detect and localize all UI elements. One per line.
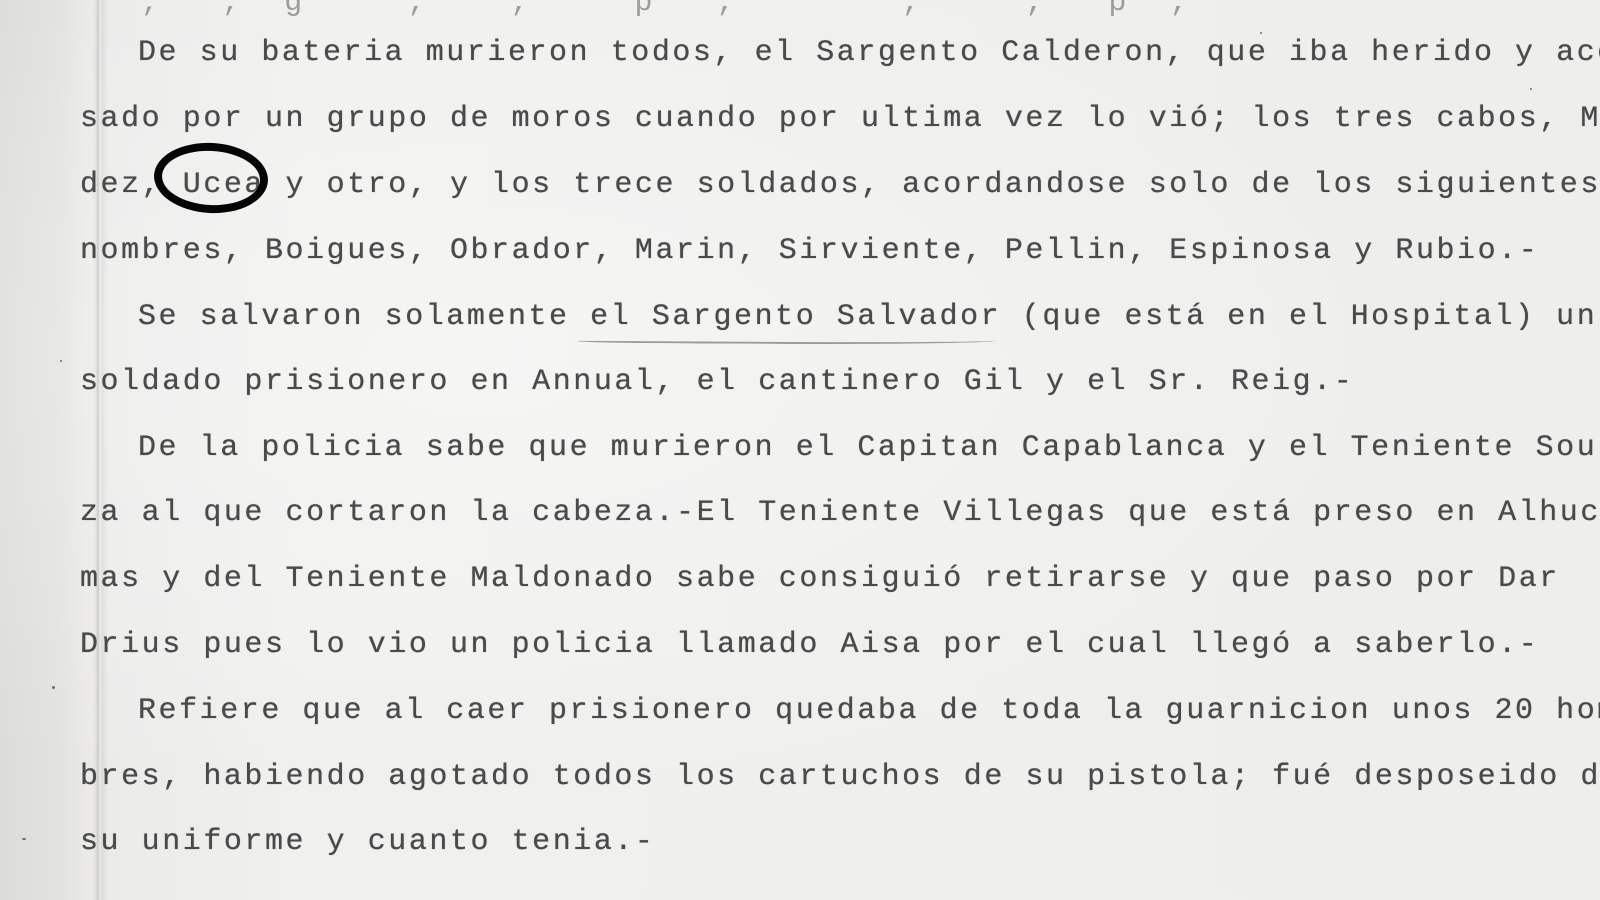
text-line: nombres, Boigues, Obrador, Marin, Sirvie…: [80, 236, 1539, 266]
text-line: soldado prisionero en Annual, el cantine…: [80, 367, 1354, 397]
text-line: De su bateria murieron todos, el Sargent…: [138, 38, 1600, 68]
text-line: za al que cortaron la cabeza.-El Tenient…: [80, 498, 1600, 528]
text-line: su uniforme y cuanto tenia.-: [80, 827, 655, 857]
text-line: bres, habiendo agotado todos los cartuch…: [80, 762, 1600, 792]
text-line: Drius pues lo vio un policia llamado Ais…: [80, 630, 1539, 660]
text-line: Se salvaron solamente el Sargento Salvad…: [138, 302, 1597, 332]
ink-speck: [1530, 88, 1532, 90]
cut-off-top-line: ‚ , g , , p , , , p ,: [140, 0, 1191, 20]
text-line: dez, Ucea y otro, y los trece soldados, …: [80, 170, 1600, 200]
ink-speck: [22, 838, 26, 840]
ink-speck: [1260, 32, 1262, 34]
ink-speck: [60, 360, 62, 362]
text-line: mas y del Teniente Maldonado sabe consig…: [80, 564, 1560, 594]
text-line: sado por un grupo de moros cuando por ul…: [80, 104, 1600, 134]
text-line: De la policia sabe que murieron el Capit…: [138, 433, 1600, 463]
ink-speck: [52, 686, 55, 689]
text-line: Refiere que al caer prisionero quedaba d…: [138, 696, 1600, 726]
